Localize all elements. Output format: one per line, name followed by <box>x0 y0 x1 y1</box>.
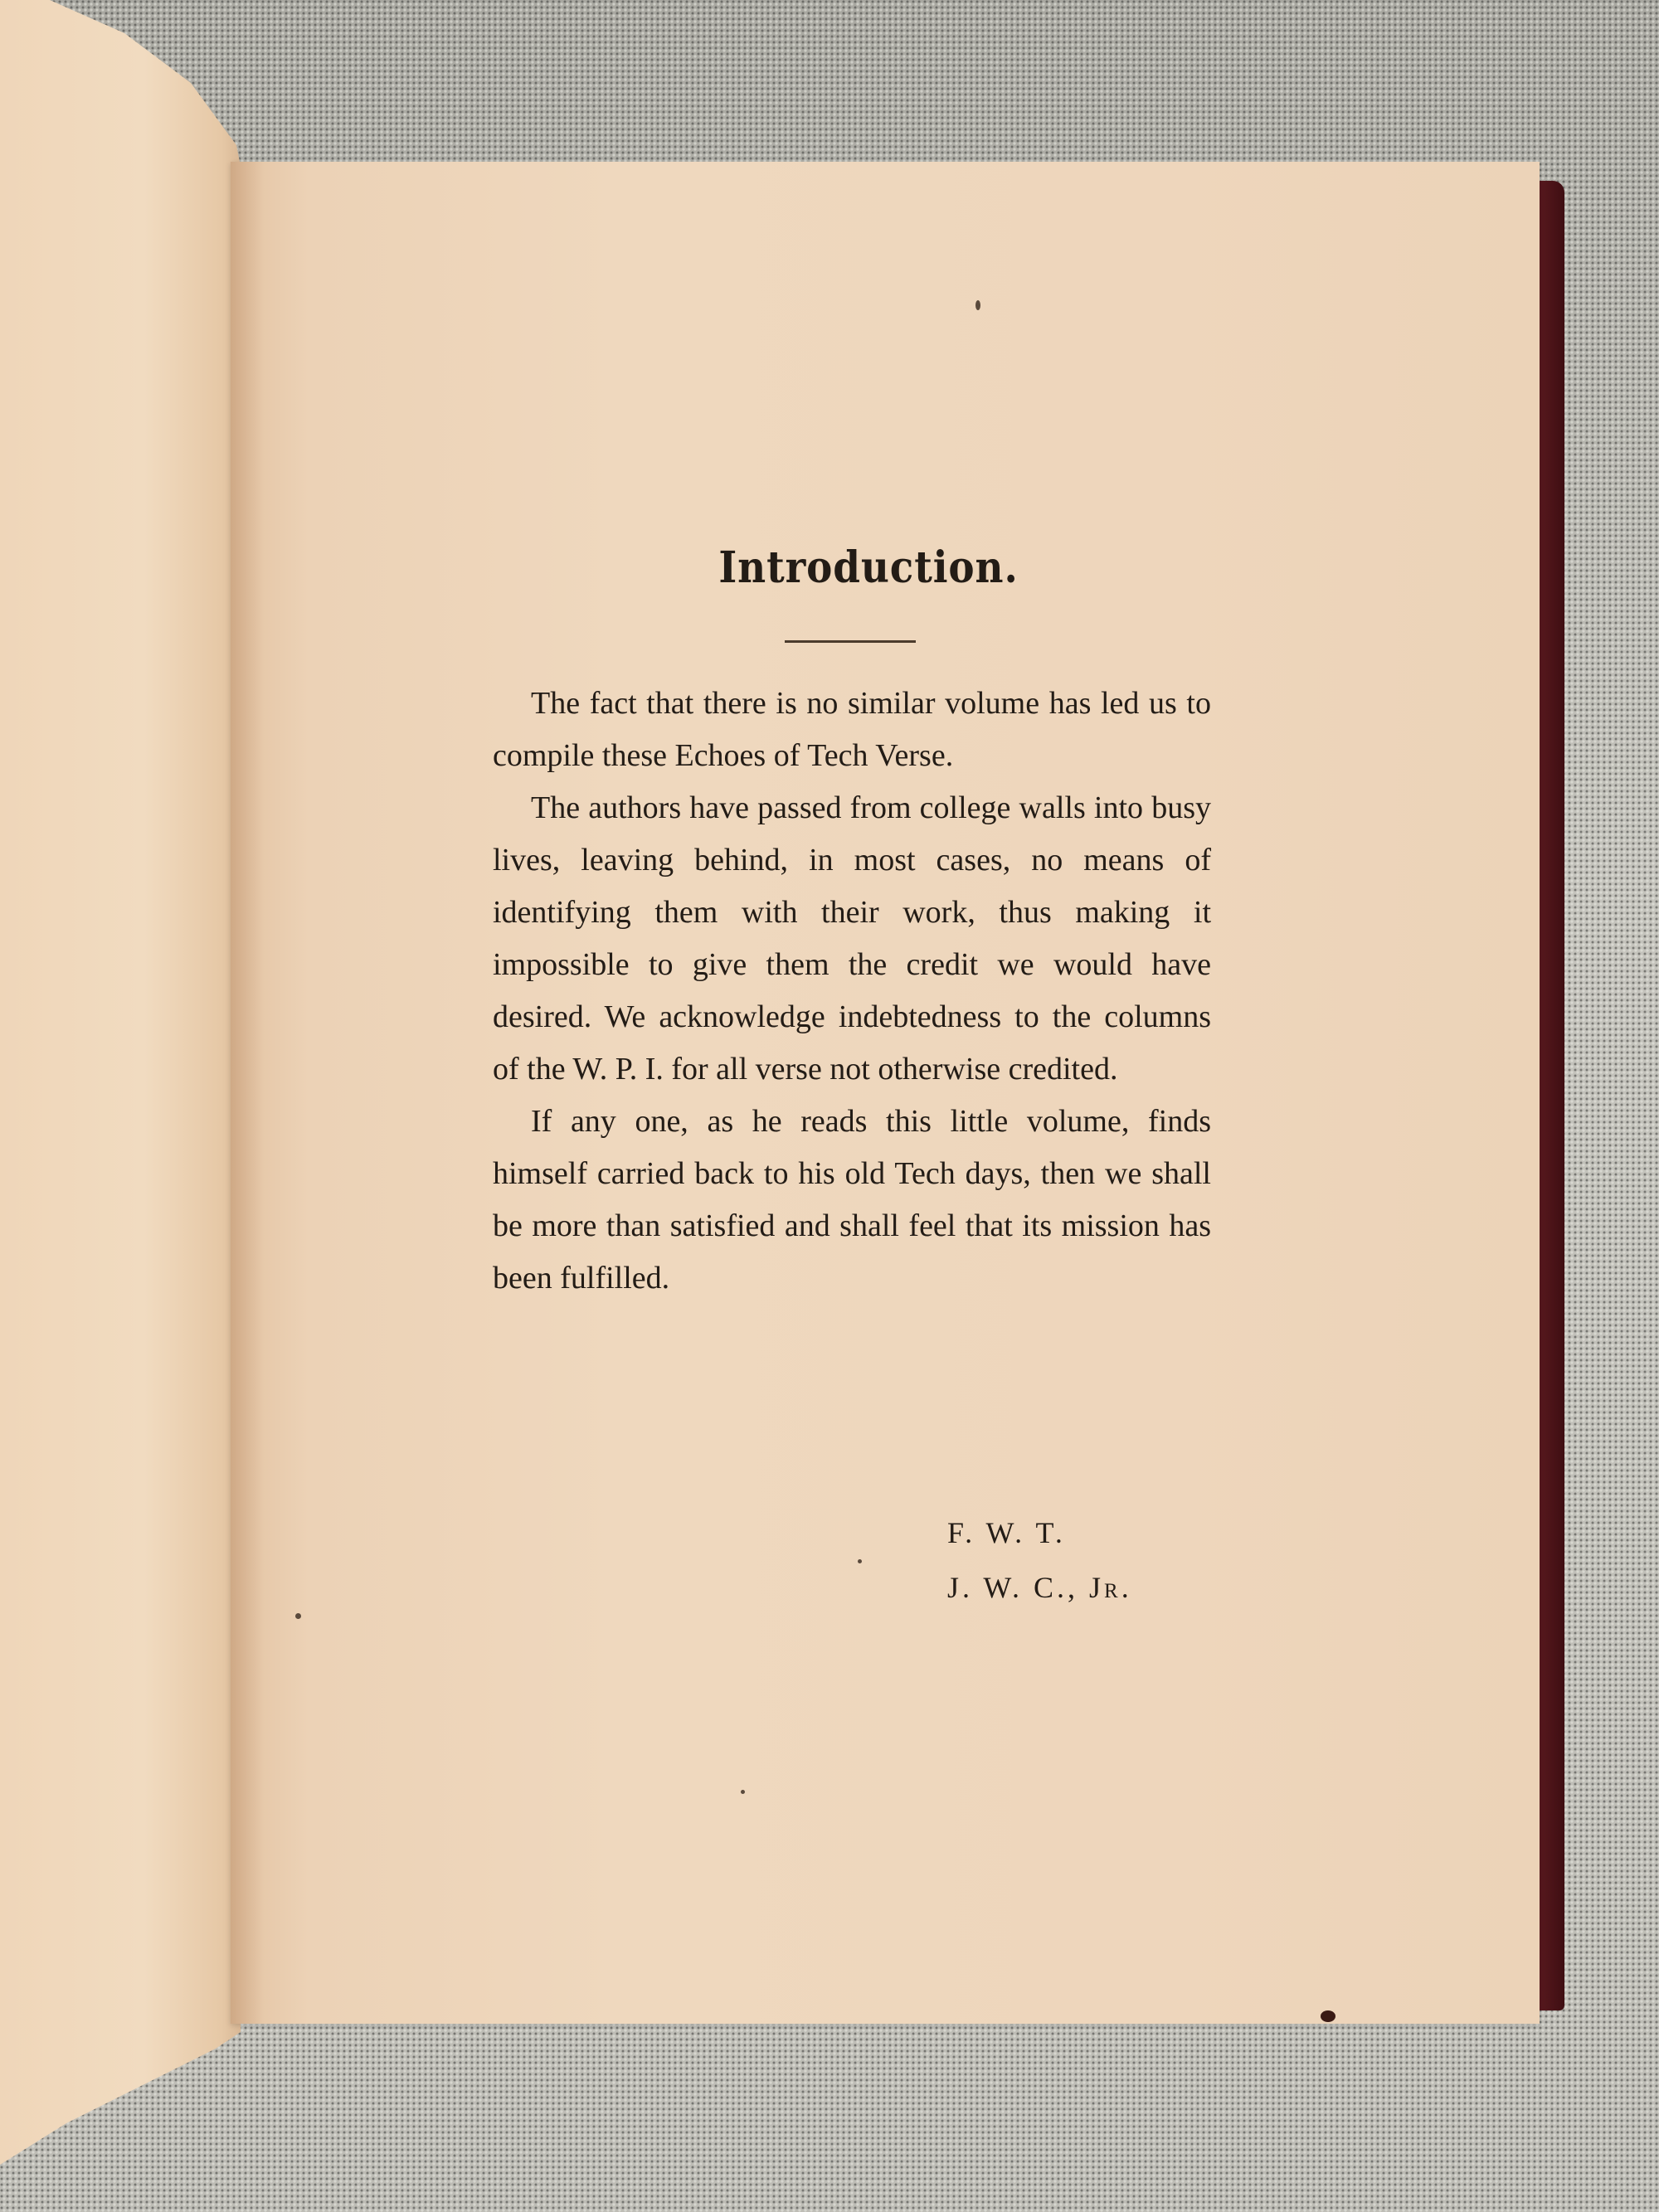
signature-1: F. W. T. <box>947 1505 1132 1560</box>
title-divider-rule <box>785 640 916 643</box>
signature-block: F. W. T. J. W. C., Jr. <box>947 1505 1132 1615</box>
paper-speck <box>295 1613 301 1619</box>
paper-speck <box>858 1559 862 1563</box>
paper-speck <box>741 1790 745 1794</box>
paragraph-3: If any one, as he reads this little volu… <box>493 1096 1211 1305</box>
paper-speck <box>975 300 980 310</box>
body-text: The fact that there is no similar volume… <box>493 678 1211 1305</box>
gutter-shadow <box>231 162 264 2024</box>
signature-2: J. W. C., Jr. <box>947 1560 1132 1615</box>
paragraph-2: The authors have passed from college wal… <box>493 782 1211 1096</box>
page-title: Introduction. <box>560 531 1176 605</box>
paragraph-1: The fact that there is no similar volume… <box>493 678 1211 782</box>
left-page <box>0 0 241 2212</box>
paper-speck <box>1321 2010 1335 2022</box>
introduction-text-block: Introduction. The fact that there is no … <box>493 531 1211 1305</box>
